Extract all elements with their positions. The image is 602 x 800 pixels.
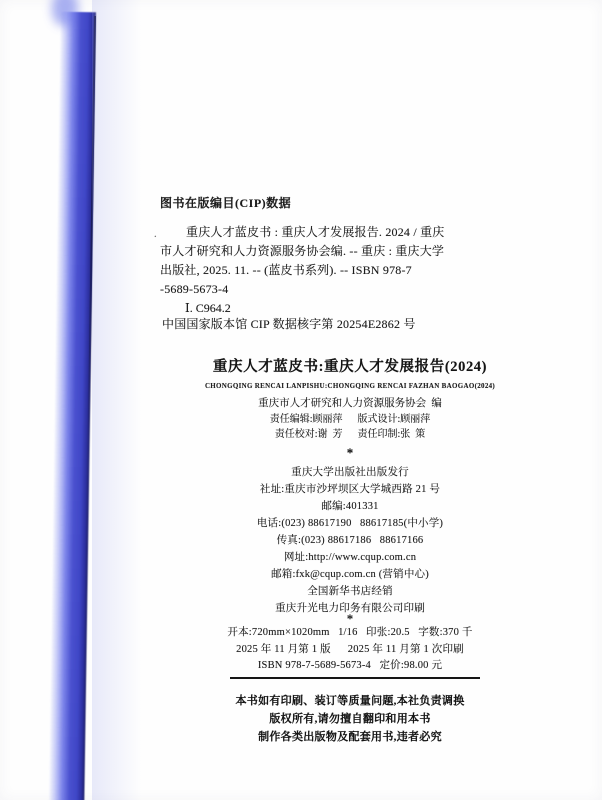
cip-classification: Ⅰ. C964.2 bbox=[185, 300, 490, 316]
copyright-notice-line: 版权所有,请勿擅自翻印和用本书 bbox=[88, 710, 602, 728]
cip-record-line: 出版社, 2025. 11. -- (蓝皮书系列). -- ISBN 978-7 bbox=[160, 261, 490, 280]
publisher-fax-line: 传真:(023) 88617186 88617166 bbox=[88, 532, 602, 549]
publisher-postcode-line: 邮编:401331 bbox=[88, 498, 602, 515]
title-block: 重庆人才蓝皮书:重庆人才发展报告(2024) CHONGQING RENCAI … bbox=[88, 358, 602, 459]
staff-proof-print-line: 责任校对:谢 芳 责任印制:张 策 bbox=[88, 428, 602, 441]
book-title-pinyin: CHONGQING RENCAI LANPISHU:CHONGQING RENC… bbox=[88, 382, 602, 390]
divider-rule bbox=[230, 677, 480, 679]
cip-registry-number: 中国国家版本馆 CIP 数据核字第 20254E2862 号 bbox=[162, 316, 490, 333]
publisher-block: 重庆大学出版社出版发行 社址:重庆市沙坪坝区大学城西路 21 号 邮编:4013… bbox=[88, 464, 602, 617]
copyright-notice-line: 制作各类出版物及配套用书,违者必究 bbox=[88, 728, 602, 746]
cip-record-line: 重庆人才蓝皮书 : 重庆人才发展报告. 2024 / 重庆 bbox=[160, 223, 490, 242]
section-separator-star: * bbox=[88, 447, 602, 459]
quality-notice-line: 本书如有印刷、装订等质量问题,本社负责调换 bbox=[88, 692, 602, 710]
print-spec-block: 开本:720mm×1020mm 1/16 印张:20.5 字数:370 千 20… bbox=[88, 625, 602, 675]
format-size-line: 开本:720mm×1020mm 1/16 印张:20.5 字数:370 千 bbox=[88, 625, 602, 642]
staff-editors-line: 责任编辑:顾丽萍 版式设计:顾丽萍 bbox=[88, 413, 602, 426]
distribution-line: 全国新华书店经销 bbox=[88, 583, 602, 600]
compiler-line: 重庆市人才研究和人力资源服务协会 编 bbox=[88, 397, 602, 410]
cip-block: 图书在版编目(CIP)数据 重庆人才蓝皮书 : 重庆人才发展报告. 2024 /… bbox=[160, 196, 490, 333]
notice-block: 本书如有印刷、装订等质量问题,本社负责调换 版权所有,请勿擅自翻印和用本书 制作… bbox=[88, 692, 602, 746]
book-title: 重庆人才蓝皮书:重庆人才发展报告(2024) bbox=[88, 358, 602, 376]
publisher-address-line: 社址:重庆市沙坪坝区大学城西路 21 号 bbox=[88, 481, 602, 498]
cip-record-line: 市人才研究和人力资源服务协会编. -- 重庆 : 重庆大学 bbox=[160, 242, 490, 261]
scan-artifact-dot: . bbox=[154, 228, 157, 240]
isbn-price-line: ISBN 978-7-5689-5673-4 定价:98.00 元 bbox=[88, 658, 602, 675]
publisher-website-line: 网址:http://www.cqup.com.cn bbox=[88, 549, 602, 566]
publisher-email-line: 邮箱:fxk@cqup.com.cn (营销中心) bbox=[88, 566, 602, 583]
edition-line: 2025 年 11 月第 1 版 2025 年 11 月第 1 次印刷 bbox=[88, 642, 602, 659]
publisher-phone-line: 电话:(023) 88617190 88617185(中小学) bbox=[88, 515, 602, 532]
cip-record: 重庆人才蓝皮书 : 重庆人才发展报告. 2024 / 重庆 市人才研究和人力资源… bbox=[160, 223, 490, 299]
copyright-page: . 图书在版编目(CIP)数据 重庆人才蓝皮书 : 重庆人才发展报告. 2024… bbox=[0, 0, 602, 800]
cip-header: 图书在版编目(CIP)数据 bbox=[160, 196, 490, 210]
publisher-line: 重庆大学出版社出版发行 bbox=[88, 464, 602, 481]
cip-record-line: -5689-5673-4 bbox=[160, 280, 490, 299]
